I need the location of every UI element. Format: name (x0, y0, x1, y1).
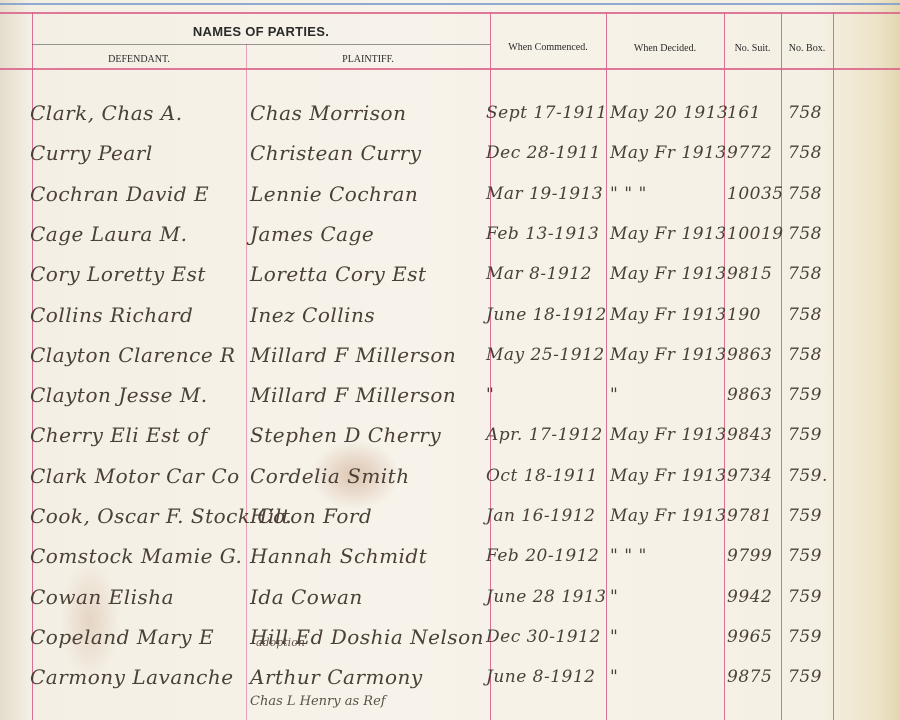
box-number-cell: 759 (788, 496, 822, 536)
box-number-cell: 759 (788, 617, 822, 657)
plaintiff-cell: Loretta Cory Est (250, 254, 427, 294)
commenced-cell: " (486, 375, 494, 415)
decided-cell: May Fr 1913 (610, 133, 727, 173)
ledger-row: Clark Motor Car Co Cordelia Smith Oct 18… (0, 456, 900, 496)
decided-cell: " " " (610, 536, 647, 576)
decided-cell: May Fr 1913 (610, 456, 727, 496)
suit-number-cell: 9772 (727, 133, 772, 173)
adoption-note: adoption (256, 636, 305, 649)
plaintiff-cell: Christean Curry (250, 133, 422, 173)
box-number-cell: 759 (788, 657, 822, 697)
ledger-row: Clark, Chas A. Chas Morrison Sept 17-191… (0, 93, 900, 133)
suit-number-cell: 9781 (727, 496, 772, 536)
commenced-cell: Oct 18-1911 (486, 456, 598, 496)
defendant-cell: Clark Motor Car Co (30, 456, 240, 496)
defendant-cell: Collins Richard (30, 295, 193, 335)
defendant-header: DEFENDANT. (32, 54, 246, 65)
suit-number-cell: 10019 (727, 214, 784, 254)
ledger-row: Cochran David E Lennie Cochran Mar 19-19… (0, 174, 900, 214)
commenced-cell: Apr. 17-1912 (486, 415, 603, 455)
plaintiff-cell: Hannah Schmidt (250, 536, 427, 576)
referee-note: Chas L Henry as Ref (250, 694, 386, 709)
ledger-row: Cook, Oscar F. Stock Co. Hilton Ford Jan… (0, 496, 900, 536)
commenced-cell: Jan 16-1912 (486, 496, 595, 536)
commenced-cell: June 18-1912 (486, 295, 607, 335)
commenced-cell: Dec 30-1912 (486, 617, 601, 657)
commenced-cell: Feb 20-1912 (486, 536, 599, 576)
defendant-cell: Clayton Jesse M. (30, 375, 208, 415)
decided-cell: May Fr 1913 (610, 415, 727, 455)
plaintiff-cell: Lennie Cochran (250, 174, 418, 214)
ledger-row: Clayton Jesse M. Millard F Millerson " "… (0, 375, 900, 415)
suit-number-cell: 9863 (727, 335, 772, 375)
defendant-cell: Clayton Clarence R (30, 335, 236, 375)
ledger-row: Comstock Mamie G. Hannah Schmidt Feb 20-… (0, 536, 900, 576)
plaintiff-cell: Stephen D Cherry (250, 415, 441, 455)
plaintiff-cell: James Cage (250, 214, 374, 254)
no-box-header: No. Box. (781, 43, 833, 54)
plaintiff-cell: Cordelia Smith (250, 456, 410, 496)
box-number-cell: 759 (788, 536, 822, 576)
plaintiff-cell: Inez Collins (250, 295, 375, 335)
plaintiff-cell: Arthur Carmony (250, 657, 423, 697)
commenced-cell: June 28 1913 (486, 577, 606, 617)
box-number-cell: 758 (788, 133, 822, 173)
plaintiff-cell: Millard F Millerson (250, 375, 456, 415)
suit-number-cell: 9843 (727, 415, 772, 455)
decided-cell: May 20 1913 (610, 93, 728, 133)
box-number-cell: 758 (788, 93, 822, 133)
suit-number-cell: 9965 (727, 617, 772, 657)
suit-number-cell: 9942 (727, 577, 772, 617)
decided-cell: May Fr 1913 (610, 496, 727, 536)
ledger-row: Collins Richard Inez Collins June 18-191… (0, 295, 900, 335)
box-number-cell: 759 (788, 577, 822, 617)
decided-cell: " " " (610, 174, 647, 214)
box-number-cell: 759 (788, 375, 822, 415)
ledger-row: Cory Loretty Est Loretta Cory Est Mar 8-… (0, 254, 900, 294)
when-commenced-header: When Commenced. (490, 42, 606, 53)
ledger-page: NAMES OF PARTIES. DEFENDANT. PLAINTIFF. … (0, 0, 900, 720)
commenced-cell: June 8-1912 (486, 657, 596, 697)
commenced-cell: May 25-1912 (486, 335, 605, 375)
decided-cell: " (610, 617, 618, 657)
defendant-cell: Cochran David E (30, 174, 209, 214)
plaintiff-cell: Millard F Millerson (250, 335, 456, 375)
box-number-cell: 758 (788, 214, 822, 254)
ledger-row: Cage Laura M. James Cage Feb 13-1913 May… (0, 214, 900, 254)
header-bottom-rule (0, 68, 900, 70)
decided-cell: " (610, 375, 618, 415)
names-of-parties-heading: NAMES OF PARTIES. (32, 24, 490, 39)
defendant-cell: Copeland Mary E (30, 617, 214, 657)
decided-cell: May Fr 1913 (610, 214, 727, 254)
commenced-cell: Feb 13-1913 (486, 214, 599, 254)
plaintiff-header: PLAINTIFF. (246, 54, 490, 65)
no-suit-header: No. Suit. (724, 43, 781, 54)
box-number-cell: 758 (788, 174, 822, 214)
ledger-row: Clayton Clarence R Millard F Millerson M… (0, 335, 900, 375)
ledger-row: Cowan Elisha Ida Cowan June 28 1913 " 99… (0, 577, 900, 617)
commenced-cell: Mar 19-1913 (486, 174, 603, 214)
when-decided-header: When Decided. (606, 43, 724, 54)
suit-number-cell: 10035 (727, 174, 784, 214)
decided-cell: " (610, 577, 618, 617)
plaintiff-cell: Ida Cowan (250, 577, 363, 617)
commenced-cell: Dec 28-1911 (486, 133, 601, 173)
suit-number-cell: 9799 (727, 536, 772, 576)
ledger-row: Cherry Eli Est of Stephen D Cherry Apr. … (0, 415, 900, 455)
decided-cell: May Fr 1913 (610, 335, 727, 375)
suit-number-cell: 9863 (727, 375, 772, 415)
defendant-cell: Cage Laura M. (30, 214, 188, 254)
defendant-cell: Clark, Chas A. (30, 93, 183, 133)
decided-cell: " (610, 657, 618, 697)
box-number-cell: 759 (788, 415, 822, 455)
header-top-rule (0, 12, 900, 14)
header-subdivider (32, 44, 490, 45)
box-number-cell: 758 (788, 335, 822, 375)
box-number-cell: 758 (788, 254, 822, 294)
decided-cell: May Fr 1913 (610, 254, 727, 294)
suit-number-cell: 9734 (727, 456, 772, 496)
box-number-cell: 758 (788, 295, 822, 335)
defendant-cell: Comstock Mamie G. (30, 536, 242, 576)
ledger-row: Carmony Lavanche Arthur Carmony June 8-1… (0, 657, 900, 697)
suit-number-cell: 9875 (727, 657, 772, 697)
suit-number-cell: 9815 (727, 254, 772, 294)
defendant-cell: Curry Pearl (30, 133, 153, 173)
defendant-cell: Cherry Eli Est of (30, 415, 208, 455)
ledger-row: Curry Pearl Christean Curry Dec 28-1911 … (0, 133, 900, 173)
ledger-row: Copeland Mary E Hill Ed Doshia Nelson De… (0, 617, 900, 657)
defendant-cell: Cory Loretty Est (30, 254, 206, 294)
defendant-cell: Carmony Lavanche (30, 657, 234, 697)
top-rule (0, 3, 900, 5)
suit-number-cell: 190 (727, 295, 761, 335)
plaintiff-cell: Chas Morrison (250, 93, 406, 133)
commenced-cell: Mar 8-1912 (486, 254, 592, 294)
box-number-cell: 759. (788, 456, 828, 496)
decided-cell: May Fr 1913 (610, 295, 727, 335)
defendant-cell: Cowan Elisha (30, 577, 174, 617)
suit-number-cell: 161 (727, 93, 761, 133)
commenced-cell: Sept 17-1911 (486, 93, 607, 133)
plaintiff-cell: Hilton Ford (250, 496, 372, 536)
